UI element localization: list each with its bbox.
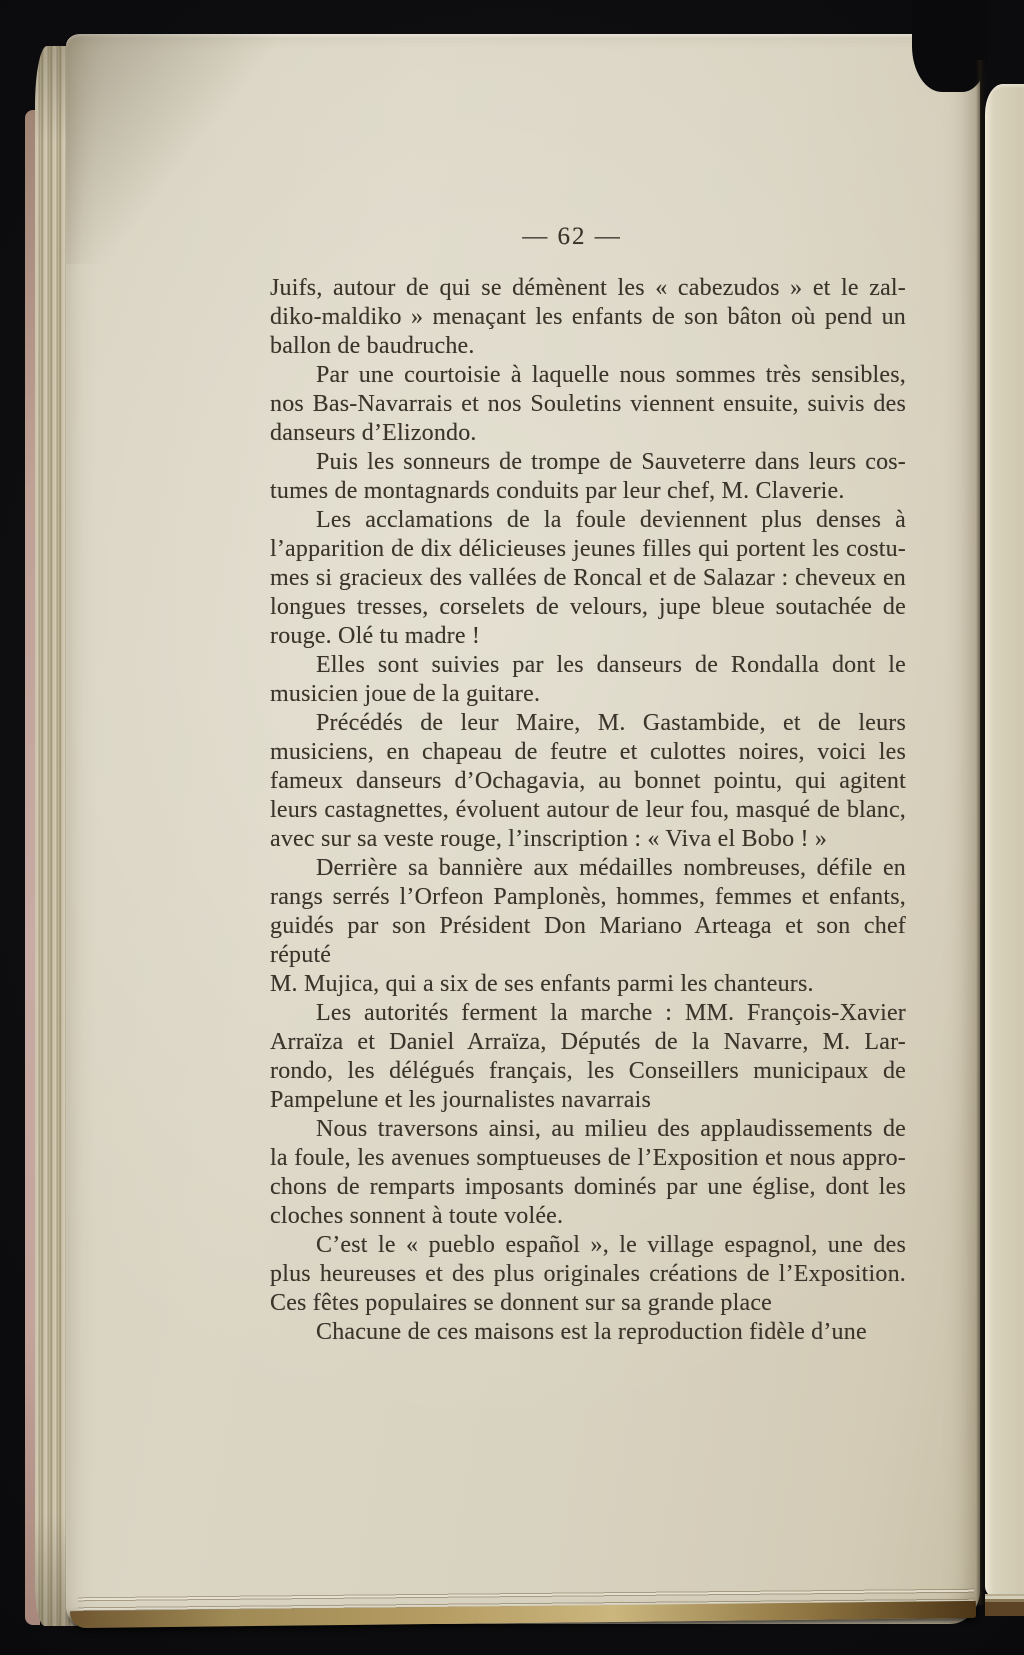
text-line: la foule, les avenues somptueuses de l’E… (270, 1144, 906, 1173)
text-line: Les acclamations de la foule deviennent … (270, 506, 906, 535)
text-line: diko-maldiko » menaçant les enfants de s… (270, 303, 906, 332)
text-line: rangs serrés l’Orfeon Pamplonès, hommes,… (270, 883, 906, 912)
paragraph: Juifs, autour de qui se démènent les « c… (270, 274, 906, 361)
text-line: musicien joue de la guitare. (270, 680, 906, 709)
text-line: C’est le « pueblo español », le village … (270, 1231, 906, 1260)
next-page-edge (985, 84, 1024, 1596)
paragraph: Par une courtoisie à laquelle nous somme… (270, 361, 906, 448)
text-line: nos Bas-Navarrais et nos Souletins vienn… (270, 390, 906, 419)
text-line: longues tresses, corselets de velours, j… (270, 593, 906, 622)
text-line: Chacune de ces maisons est la reproducti… (270, 1318, 906, 1347)
text-line: Les autorités ferment la marche : MM. Fr… (270, 999, 906, 1028)
text-line: Nous traversons ainsi, au milieu des app… (270, 1115, 906, 1144)
paragraph: Chacune de ces maisons est la reproducti… (270, 1318, 906, 1347)
text-line: Juifs, autour de qui se démènent les « c… (270, 274, 906, 303)
paragraph: Puis les sonneurs de trompe de Sauveterr… (270, 448, 906, 506)
next-page-bottom-edge (985, 1594, 1024, 1616)
text-line: Ces fêtes populaires se donnent sur sa g… (270, 1289, 906, 1318)
text-line: Pampelune et les journalistes navarrais (270, 1086, 906, 1115)
paragraph: Précédés de leur Maire, M. Gastambide, e… (270, 709, 906, 854)
text-line: cloches sonnent à toute volée. (270, 1202, 906, 1231)
text-line: M. Mujica, qui a six de ses enfants parm… (270, 970, 906, 999)
text-line: Par une courtoisie à laquelle nous somme… (270, 361, 906, 390)
text-line: tumes de montagnards conduits par leur c… (270, 477, 906, 506)
text-line: l’apparition de dix délicieuses jeunes f… (270, 535, 906, 564)
paragraph: Les autorités ferment la marche : MM. Fr… (270, 999, 906, 1115)
paragraph: Les acclamations de la foule deviennent … (270, 506, 906, 651)
text-line: danseurs d’Elizondo. (270, 419, 906, 448)
text-line: rouge. Olé tu madre ! (270, 622, 906, 651)
text-line: fameux danseurs d’Ochagavia, au bonnet p… (270, 767, 906, 796)
paragraph: Derrière sa bannière aux médailles nombr… (270, 854, 906, 999)
text-line: chons de remparts imposants dominés par … (270, 1173, 906, 1202)
text-line: Arraïza et Daniel Arraïza, Députés de la… (270, 1028, 906, 1057)
text-line: rondo, les délégués français, les Consei… (270, 1057, 906, 1086)
text-line: ballon de baudruche. (270, 332, 906, 361)
text-line: plus heureuses et des plus originales cr… (270, 1260, 906, 1289)
text-line: leurs castagnettes, évoluent autour de l… (270, 796, 906, 825)
page-number: — 62 — (254, 222, 890, 251)
book-page: — 62 — Juifs, autour de qui se démènent … (66, 34, 980, 1624)
text-line: musiciens, en chapeau de feutre et culot… (270, 738, 906, 767)
text-line: guidés par son Président Don Mariano Art… (270, 912, 906, 970)
text-line: Précédés de leur Maire, M. Gastambide, e… (270, 709, 906, 738)
text-line: Derrière sa bannière aux médailles nombr… (270, 854, 906, 883)
paragraph: Elles sont suivies par les danseurs de R… (270, 651, 906, 709)
text-line: Elles sont suivies par les danseurs de R… (270, 651, 906, 680)
paragraph: C’est le « pueblo español », le village … (270, 1231, 906, 1318)
page-text: Juifs, autour de qui se démènent les « c… (270, 274, 906, 1347)
paragraph: Nous traversons ainsi, au milieu des app… (270, 1115, 906, 1231)
book-photo: — 62 — Juifs, autour de qui se démènent … (0, 0, 1024, 1655)
text-line: avec sur sa veste rouge, l’inscription :… (270, 825, 906, 854)
text-line: mes si gracieux des vallées de Roncal et… (270, 564, 906, 593)
text-line: Puis les sonneurs de trompe de Sauveterr… (270, 448, 906, 477)
